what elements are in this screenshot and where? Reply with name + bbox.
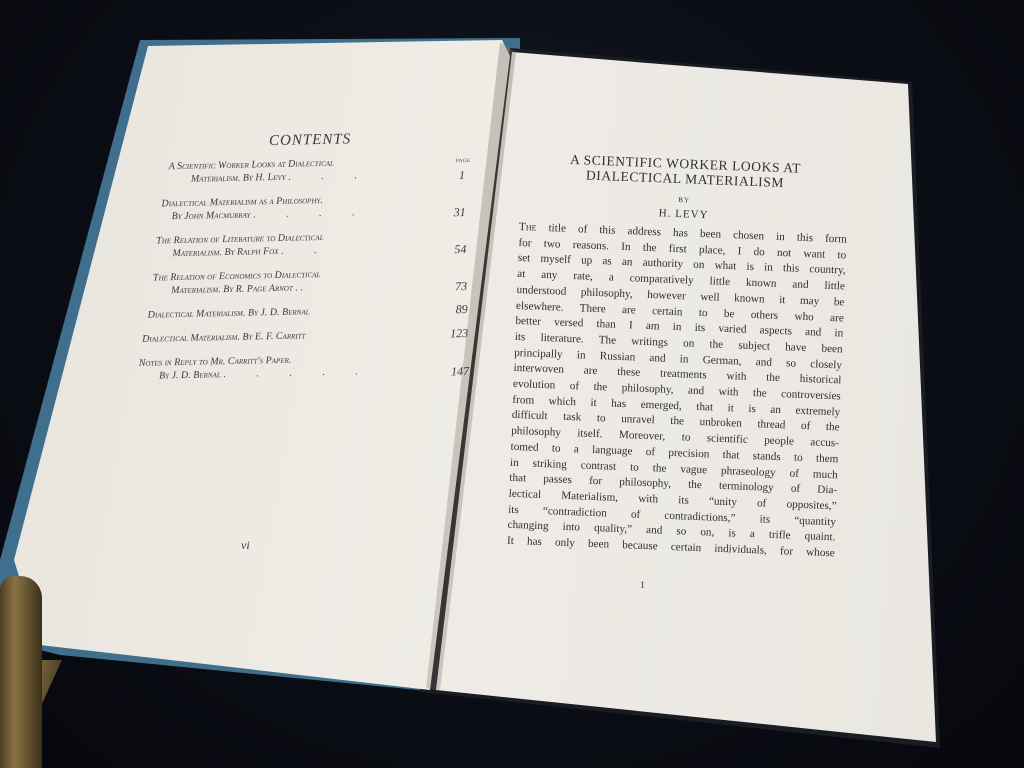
essay-first-page: A SCIENTIFIC WORKER LOOKS AT DIALECTICAL… bbox=[507, 150, 850, 562]
toc-entry[interactable]: Dialectical Materialism as a Philosophy.… bbox=[131, 191, 471, 224]
toc-page-number: 73 bbox=[455, 280, 467, 293]
toc-page-number: 31 bbox=[454, 206, 466, 219]
toc-entry-title: Dialectical Materialism. By E. F. Carrit… bbox=[142, 330, 305, 344]
toc-entry[interactable]: The Relation of Literature to Dialectica… bbox=[132, 228, 472, 261]
toc-entry-title: Dialectical Materialism. By J. D. Bernal bbox=[148, 306, 310, 320]
toc-page-number: 1 bbox=[459, 169, 465, 182]
toc-entry[interactable]: The Relation of Economics to Dialectical… bbox=[133, 265, 473, 298]
toc-page-number: 89 bbox=[456, 303, 468, 316]
brass-bookend-icon bbox=[0, 576, 42, 768]
toc-page-number: 123 bbox=[450, 327, 468, 340]
toc-page-number: 147 bbox=[451, 365, 469, 378]
toc-entry[interactable]: Notes in Reply to Mr. Carritt's Paper. B… bbox=[135, 350, 475, 383]
toc-entry[interactable]: A Scientific Worker Looks at Dialectical… bbox=[131, 154, 471, 187]
book-photo-scene: CONTENTS PAGE A Scientific Worker Looks … bbox=[0, 0, 1024, 768]
toc-page-number: 54 bbox=[454, 243, 466, 256]
drop-word: The bbox=[519, 221, 537, 234]
essay-body-text: The title of this address has been chose… bbox=[507, 220, 847, 562]
right-page-folio: 1 bbox=[640, 580, 645, 591]
toc-entry[interactable]: Dialectical Materialism. By J. D. Bernal… bbox=[134, 302, 474, 322]
table-of-contents: CONTENTS PAGE A Scientific Worker Looks … bbox=[130, 129, 475, 394]
toc-entry[interactable]: Dialectical Materialism. By E. F. Carrit… bbox=[134, 326, 474, 346]
left-page-folio: vi bbox=[241, 538, 250, 553]
